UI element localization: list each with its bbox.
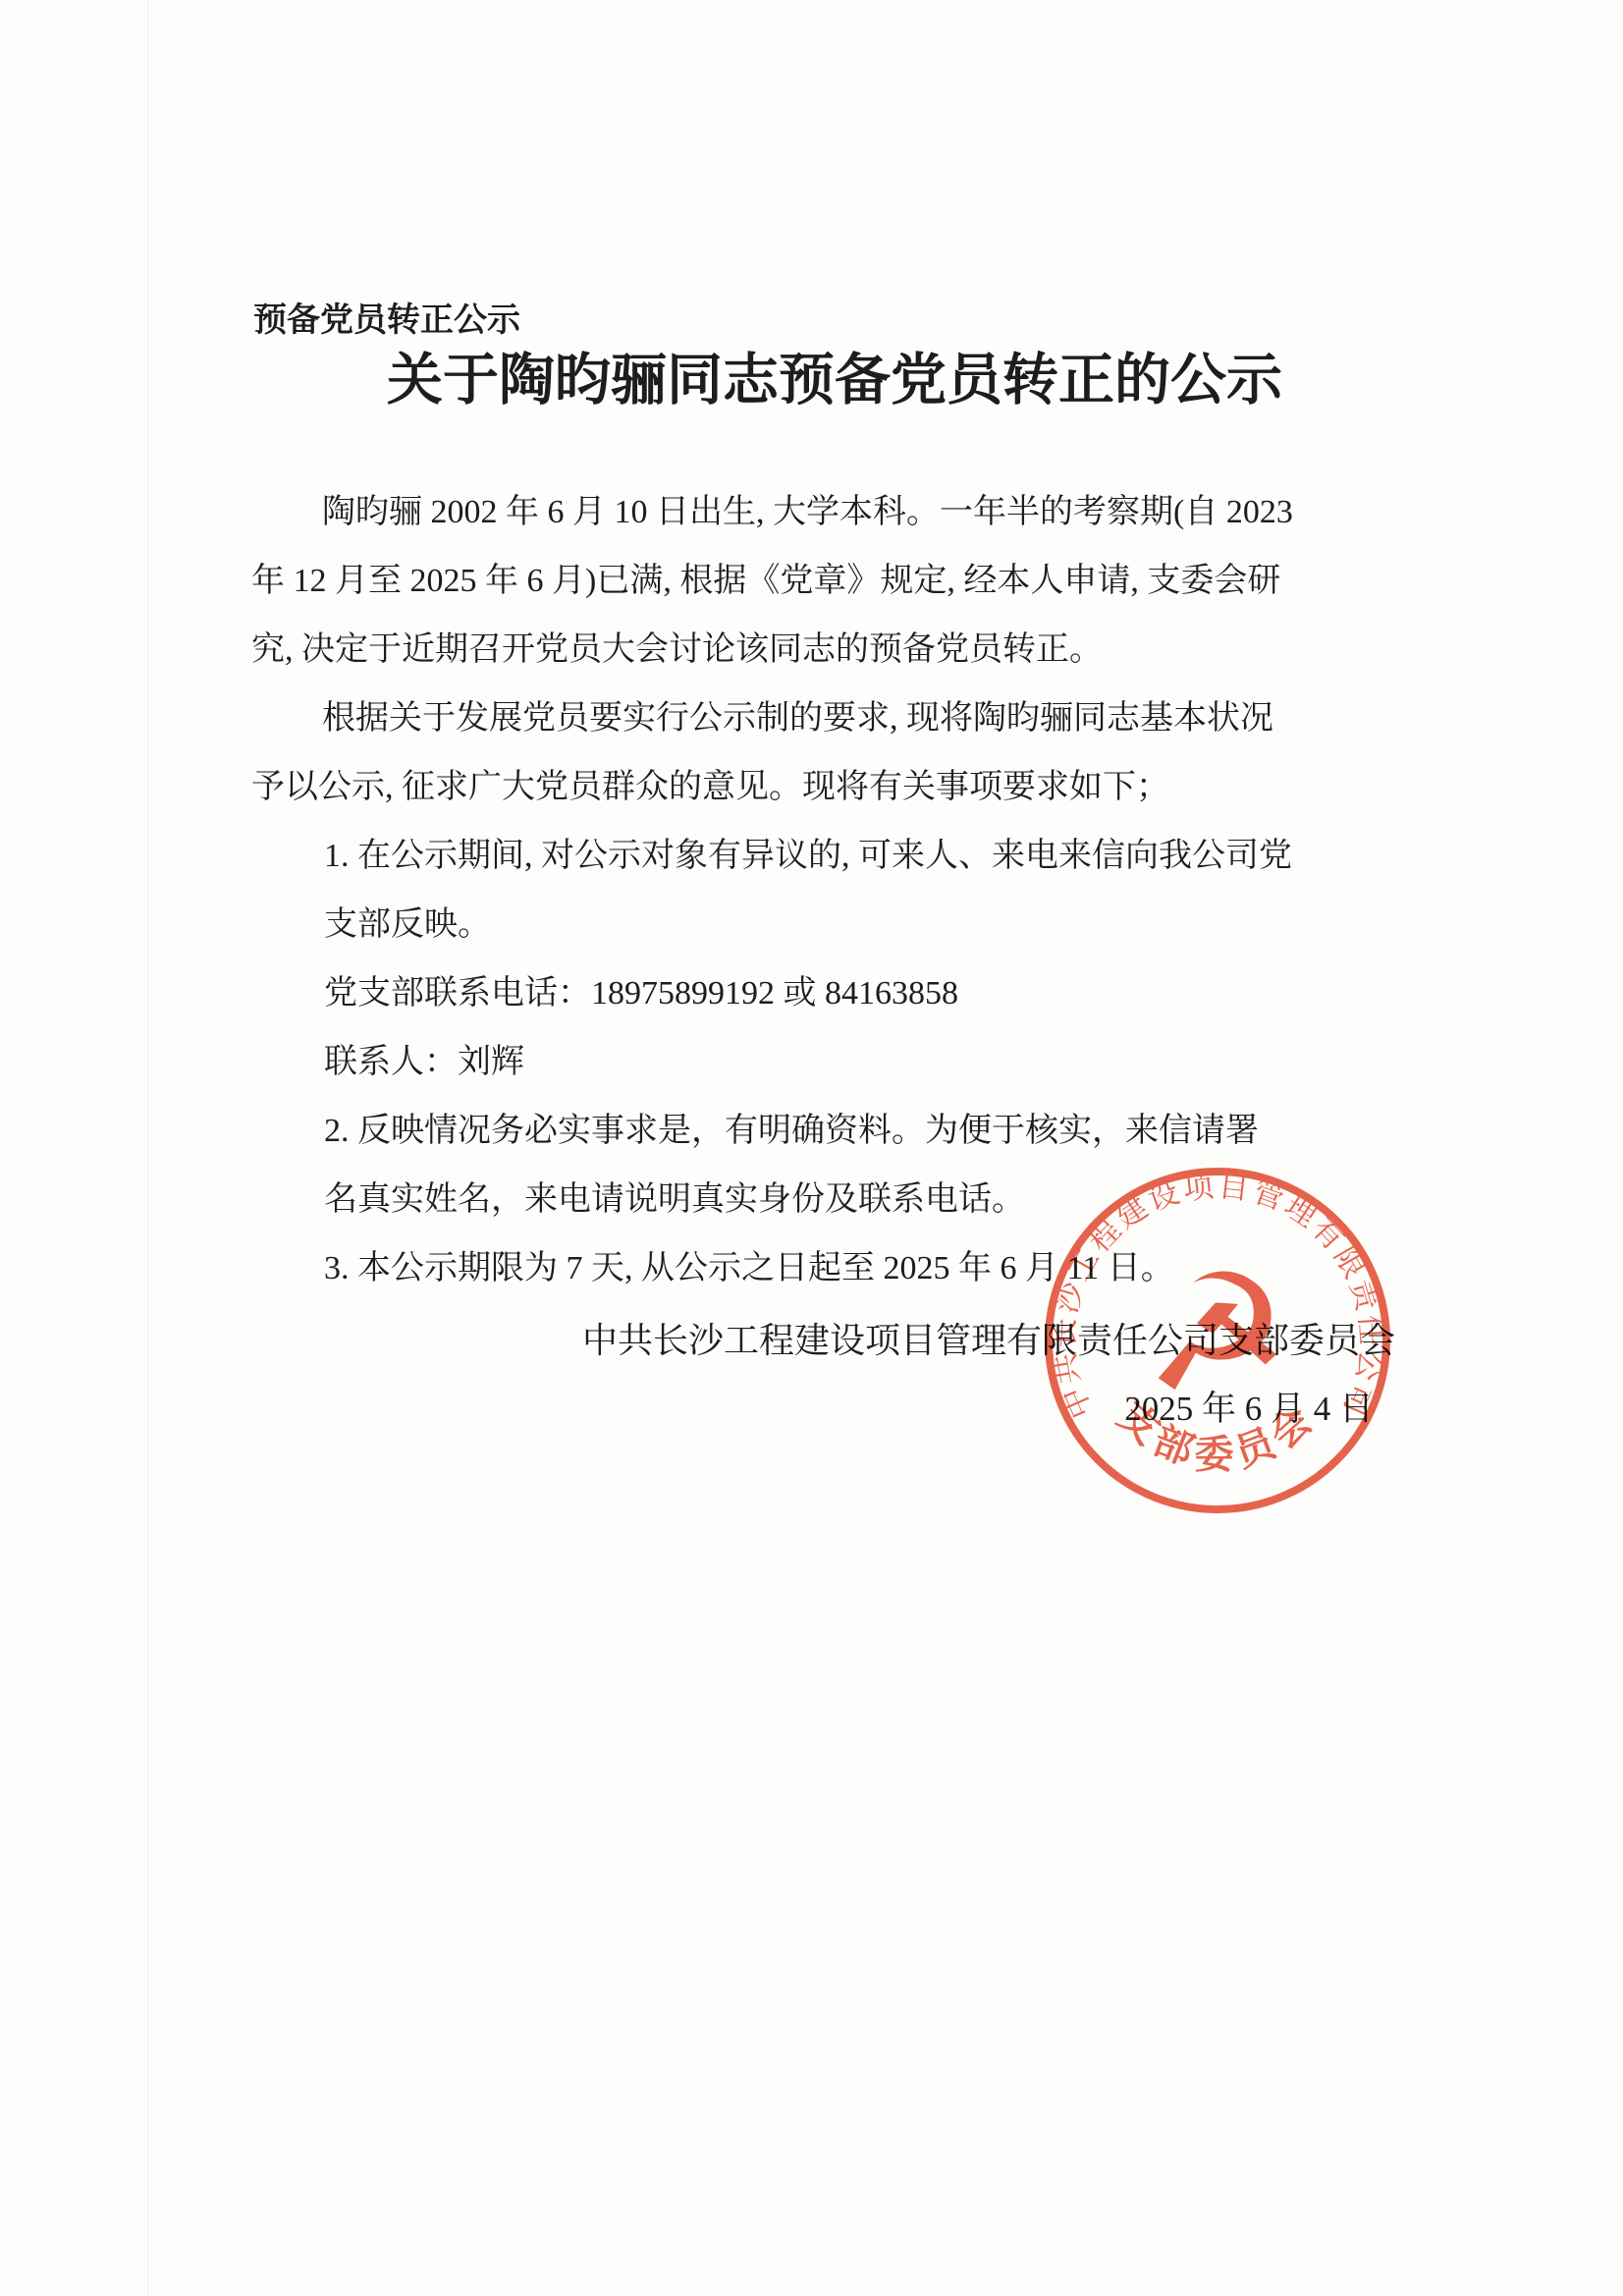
contact-line: 联系人：刘辉 — [251, 1028, 1418, 1097]
hammer-and-sickle-icon: ☭ — [1145, 1239, 1290, 1428]
list-item-1-continued: 支部反映。 — [251, 891, 1418, 959]
document-title: 关于陶昀骊同志预备党员转正的公示 — [251, 346, 1418, 416]
scan-page-edge — [147, 0, 148, 2296]
scanned-notice-page: { "document": { "header_label": "预备党员转正公… — [0, 0, 1623, 2296]
phone-line: 党支部联系电话：18975899192 或 84163858 — [251, 959, 1418, 1028]
body-line: 予以公示, 征求广大党员群众的意见。现将有关事项要求如下； — [251, 753, 1418, 822]
body-line: 根据关于发展党员要实行公示制的要求, 现将陶昀骊同志基本状况 — [251, 684, 1418, 753]
body-line: 年 12 月至 2025 年 6 月)已满, 根据《党章》规定, 经本人申请, … — [251, 547, 1418, 616]
official-seal: 中共长沙工程建设项目管理有限责任公司 支部委员会 ☭ — [1021, 1144, 1414, 1537]
list-item-1: 1. 在公示期间, 对公示对象有异议的, 可来人、来电来信向我公司党 — [251, 822, 1418, 891]
body-line: 陶昀骊 2002 年 6 月 10 日出生, 大学本科。一年半的考察期(自 20… — [251, 478, 1418, 547]
body-line: 究, 决定于近期召开党员大会讨论该同志的预备党员转正。 — [251, 616, 1418, 684]
document-header-label: 预备党员转正公示 — [253, 302, 520, 340]
